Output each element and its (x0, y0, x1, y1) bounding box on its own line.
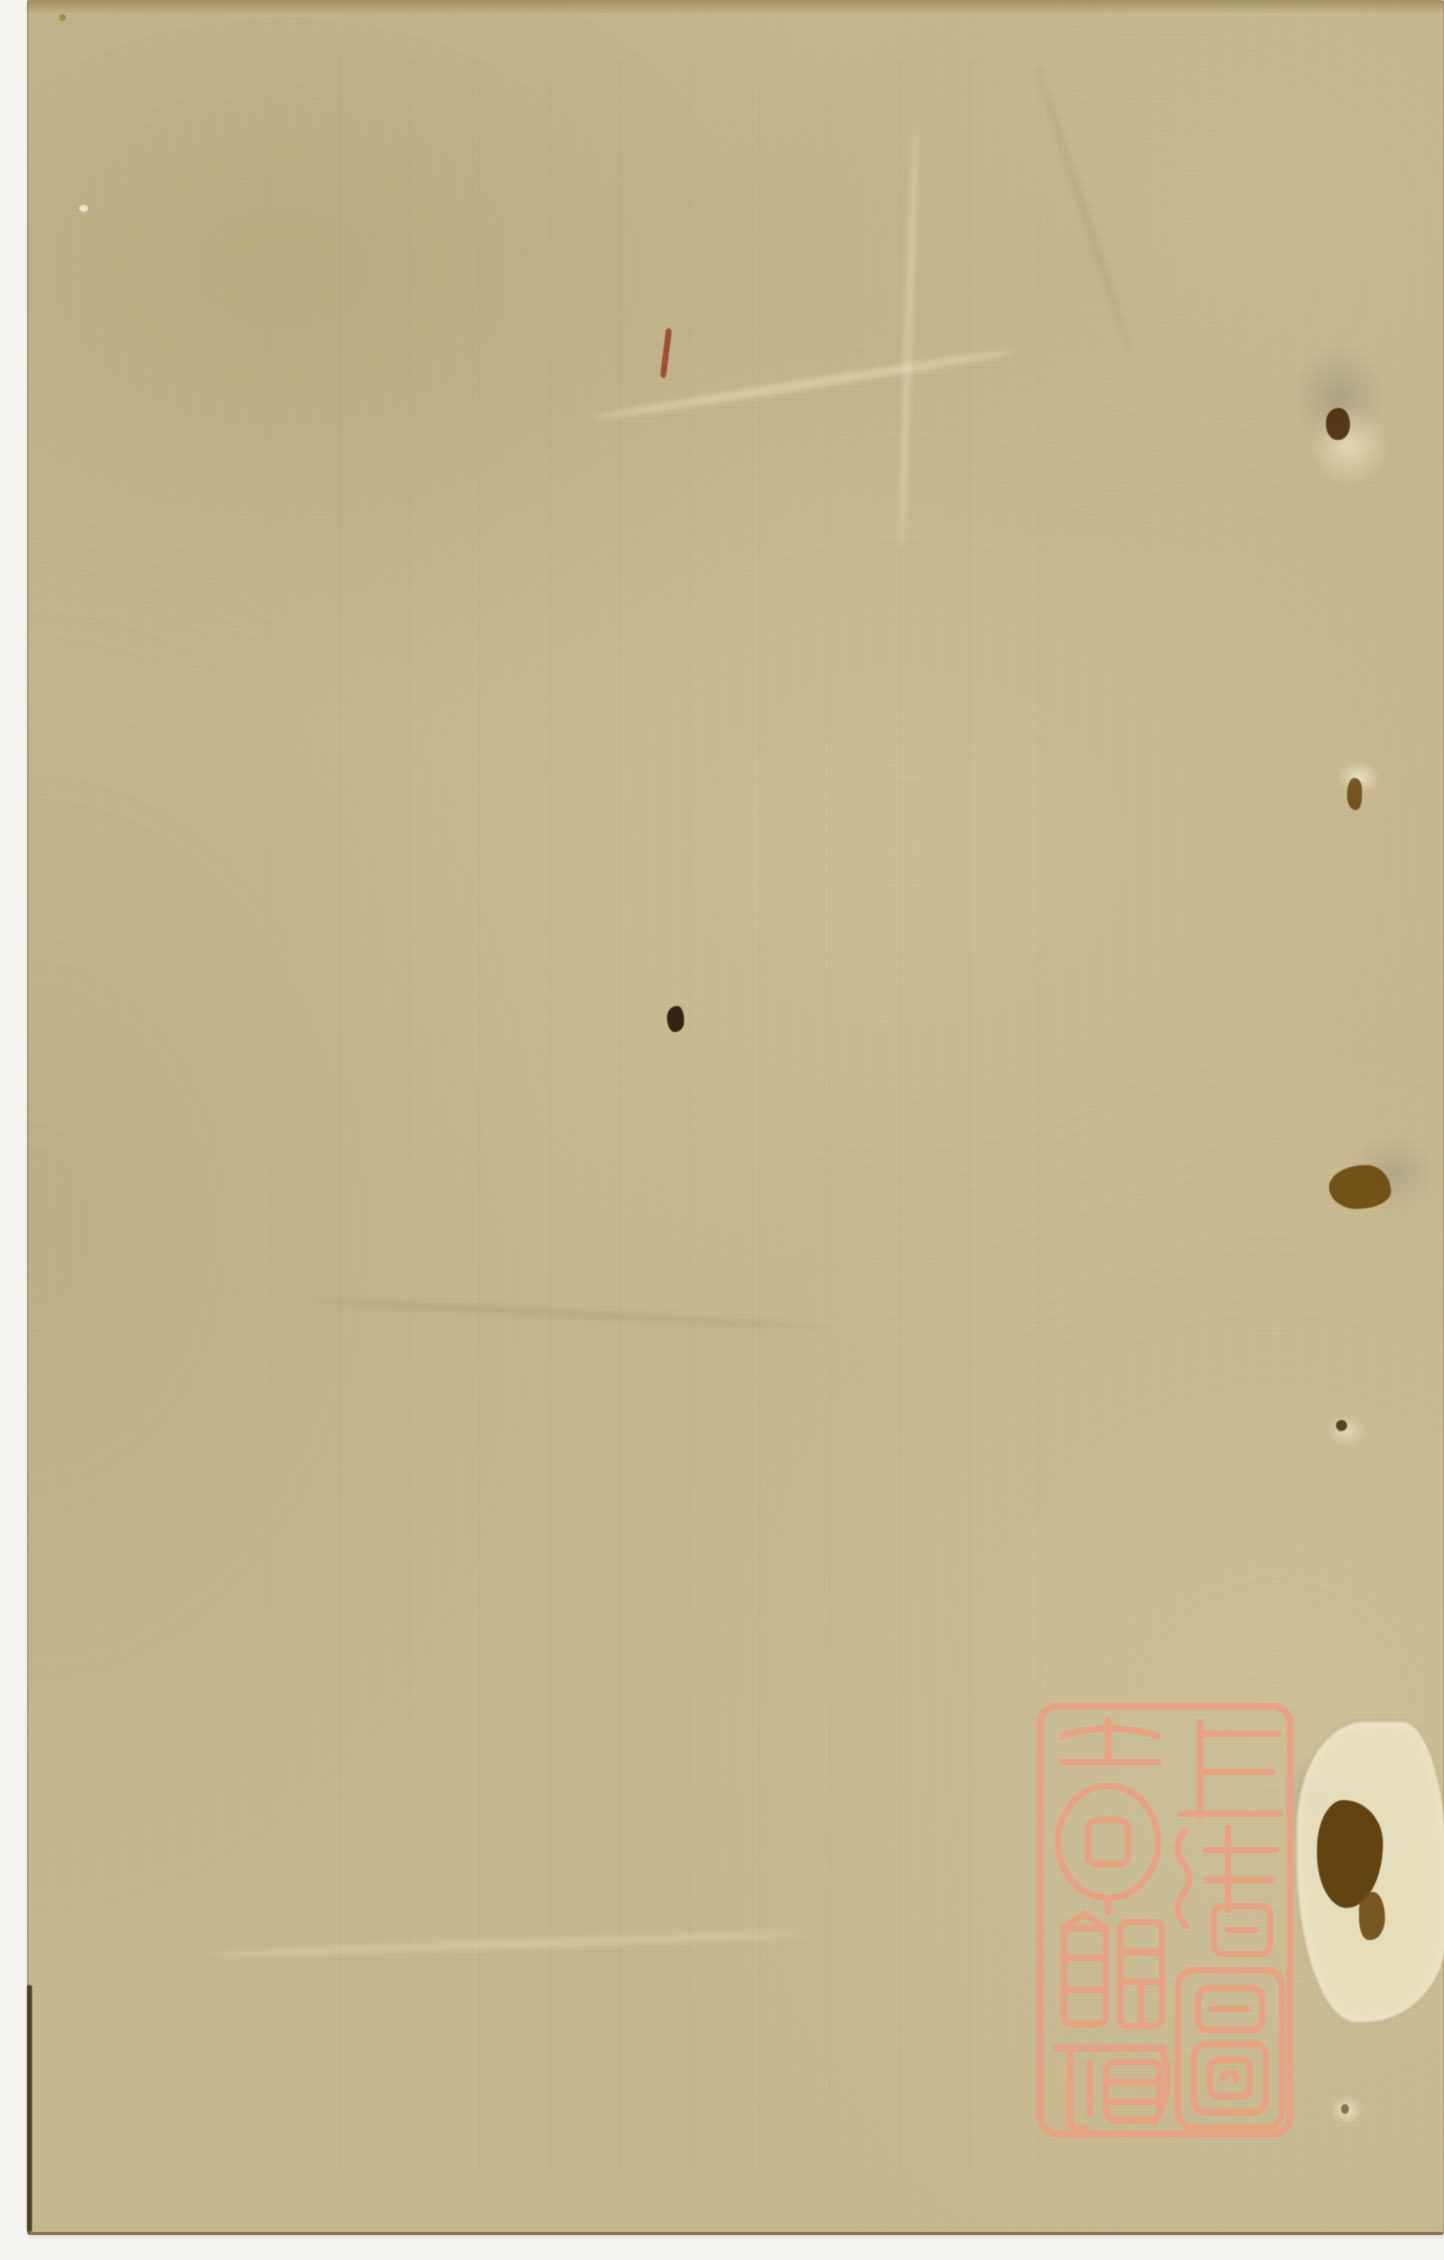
gray-smudge-right (1334, 1118, 1444, 1228)
left-edge-dark-line (27, 1985, 32, 2232)
pinhole-light-bottom-right (1324, 2090, 1369, 2130)
brown-spot-upper-right (1326, 408, 1350, 440)
seal-char-hai (1177, 1828, 1276, 1954)
brown-mark-mid-right (1347, 778, 1362, 810)
red-fiber-curl (660, 328, 672, 378)
stain-tail (1359, 1892, 1385, 1940)
dark-speck-right (1336, 1420, 1347, 1431)
faint-column-rule-lines (269, 60, 1059, 2170)
seal-char-cang (1056, 2048, 1168, 2130)
scanner-background: { "page": { "background_color": "#f5f4f1… (0, 0, 1444, 2260)
crease-highlight-bottom (209, 1930, 809, 1959)
white-speck-left (79, 205, 88, 212)
seal-char-shu (1058, 1720, 1158, 1912)
crease-highlight-top (591, 346, 1017, 422)
brown-blob-right (1329, 1165, 1391, 1209)
crease-highlight-right (897, 120, 919, 550)
pinhole-dot-bottom-right (1341, 2104, 1349, 2114)
ink-dot-center (667, 1006, 684, 1032)
crease-light-right2 (1319, 1408, 1374, 1453)
torn-paper-patch (1297, 1722, 1444, 2022)
seal-char-guan (1062, 1914, 1162, 2026)
seal-char-tu (1178, 1970, 1282, 2128)
gray-smudge-upper-right (1274, 322, 1404, 472)
seal-char-shang (1182, 1722, 1280, 1816)
crease-shadow-mid (309, 1296, 829, 1331)
torn-patch-stain (1317, 1800, 1383, 1908)
library-collection-seal (1034, 1700, 1296, 2140)
light-crease-mid-right (1329, 755, 1389, 800)
paste-light-upper-right (1294, 390, 1404, 500)
scanned-paper-page (27, 0, 1444, 2235)
fold-shadow-top-right (1033, 66, 1134, 354)
green-speck-top-left (59, 14, 66, 21)
